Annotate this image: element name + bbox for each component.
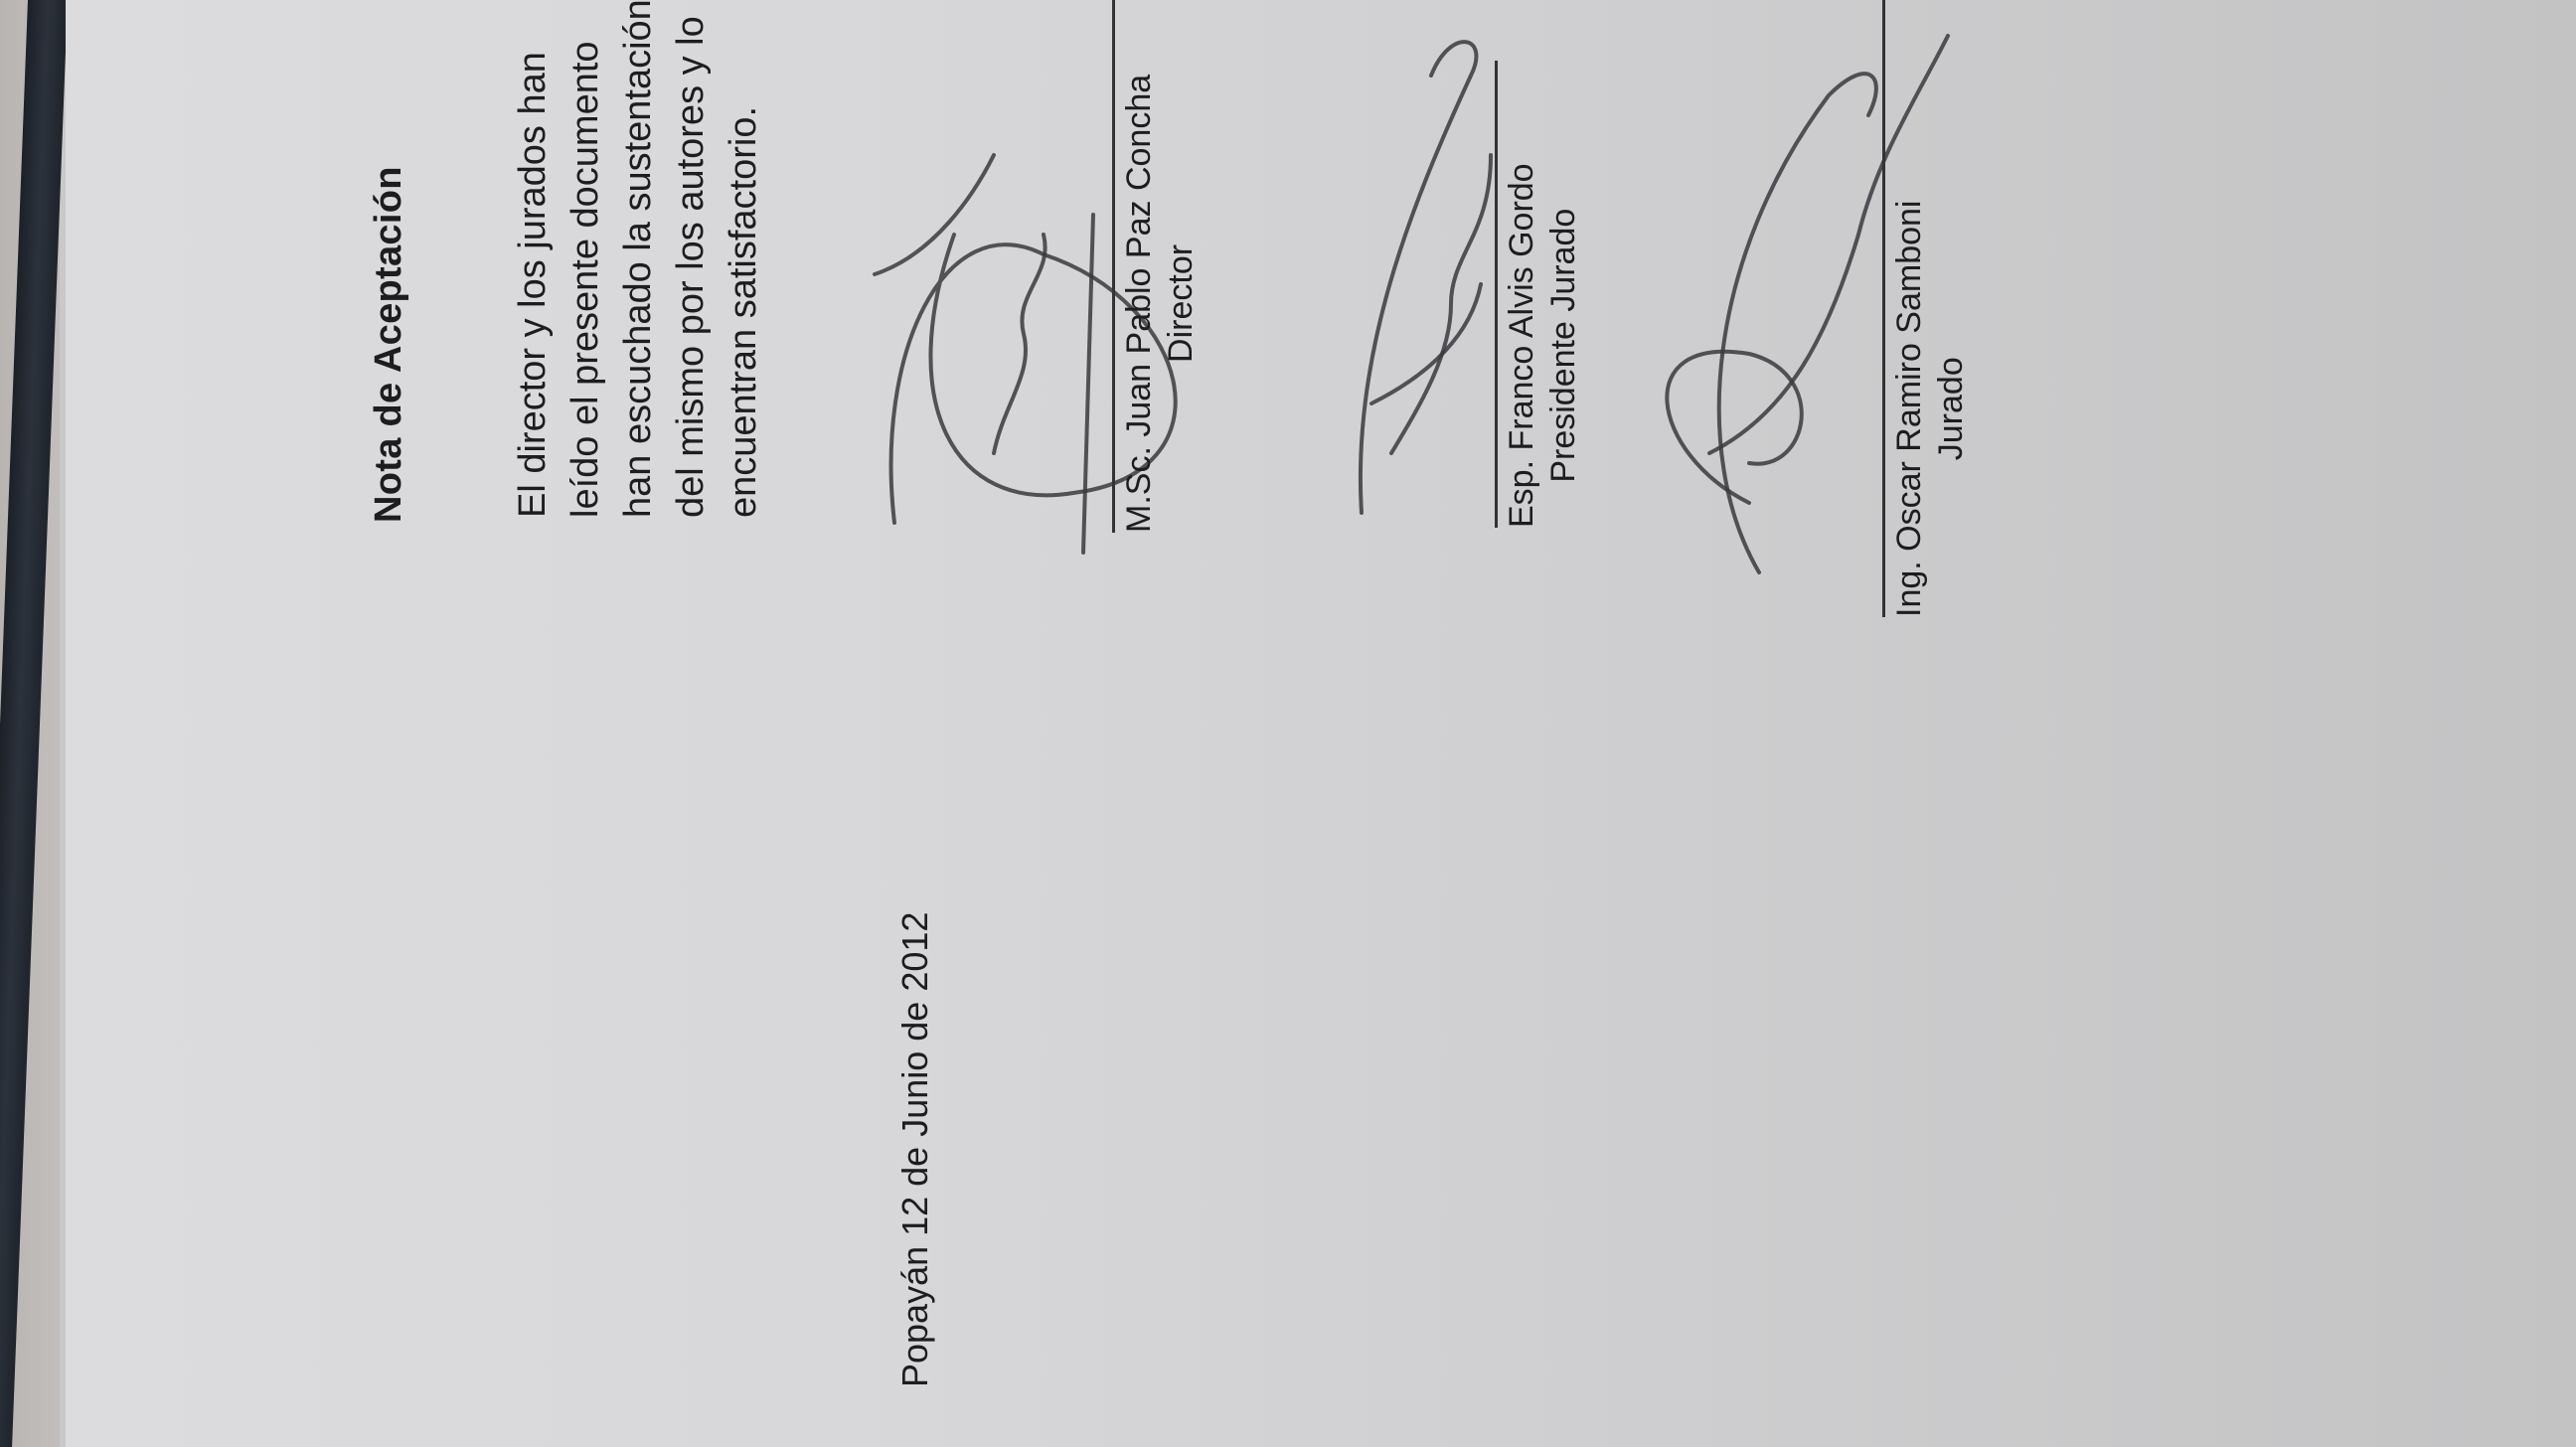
rotated-page: Nota de Aceptación El director y los jur… <box>0 0 2510 1447</box>
handwritten-signatures <box>0 0 2510 1447</box>
signer-name: Ing. Oscar Ramiro Samboni <box>1890 201 1928 618</box>
signature-block-jurado: Ing. Oscar Ramiro Samboni Jurado <box>1888 201 1972 618</box>
signature-line <box>1495 61 1498 528</box>
place-date: Popayán 12 de Junio de 2012 <box>894 912 936 1387</box>
signer-role: Director <box>1160 75 1202 533</box>
signer-name: M.Sc. Juan Pablo Paz Concha <box>1120 75 1158 533</box>
signature-block-president: Esp. Franco Alvis Gordo Presidente Jurad… <box>1501 163 1584 528</box>
signature-block-director: M.Sc. Juan Pablo Paz Concha Director <box>1118 75 1202 533</box>
signature-line <box>1112 0 1115 533</box>
signer-role: Presidente Jurado <box>1542 163 1584 528</box>
signer-role: Jurado <box>1930 201 1972 618</box>
signer-name: Esp. Franco Alvis Gordo <box>1503 163 1540 528</box>
signature-line <box>1882 0 1885 617</box>
